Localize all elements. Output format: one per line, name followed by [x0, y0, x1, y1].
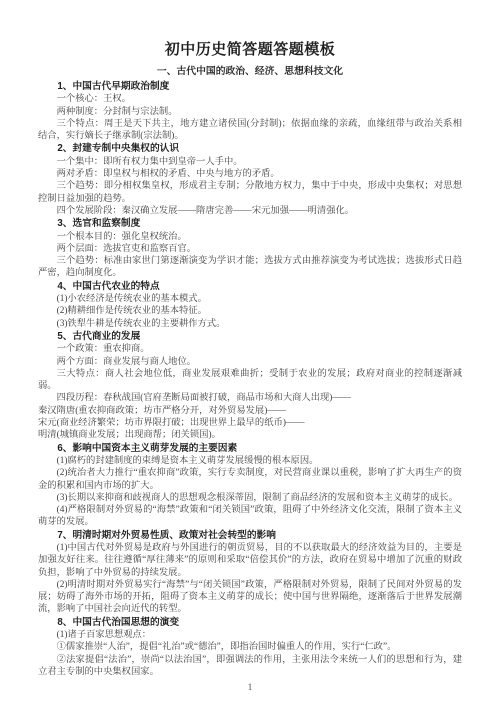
paragraph: 三大特点：商人社会地位低，商业发展艰难曲折；受制于农业的发展；政府对商业的控制逐… — [38, 368, 462, 393]
section-heading: 1、中国古代早期政治制度 — [38, 81, 462, 93]
page-title: 初中历史简答题答题模板 — [38, 40, 462, 60]
section-5: 5、古代商业的发展 一个政策：重农抑商。 两个方面：商业发展与商人地位。 三大特… — [38, 331, 462, 442]
paragraph: 四段历程：春秋战国(官府垄断局面被打破，商品市场和大商人出现)—— — [38, 392, 462, 404]
paragraph: 一个根本目的：强化皇权统治。 — [38, 231, 462, 243]
paragraph: (2)统治者大力推行“重农抑商”政策，实行专卖制度，对民营商业课以重税，影响了扩… — [38, 467, 462, 492]
section-2: 2、封建专制中央集权的认识 一个集中：即所有权力集中到皇帝一人手中。 两对矛盾：… — [38, 143, 462, 217]
paragraph: 三个趋势：标准由家世门第逐渐演变为学识才能；选拔方式由推荐演变为考试选拔；选拔形… — [38, 255, 462, 280]
paragraph: 一个核心：王权。 — [38, 93, 462, 105]
paragraph: 三个趋势：即分相权集皇权，形成君主专制；分散地方权力，集中于中央，形成中央集权；… — [38, 180, 462, 205]
paragraph: 两个层面：选拔官吏和监察百官。 — [38, 243, 462, 255]
paragraph: (1)诸子百家思想观点： — [38, 629, 462, 641]
section-3: 3、选官和监察制度 一个根本目的：强化皇权统治。 两个层面：选拔官吏和监察百官。… — [38, 218, 462, 279]
section-1: 1、中国古代早期政治制度 一个核心：王权。 两种制度：分封制与宗法制。 三个特点… — [38, 81, 462, 142]
section-heading: 2、封建专制中央集权的认识 — [38, 143, 462, 155]
paragraph: (1)腐朽的封建制度的束缚是资本主义萌芽发展缓慢的根本原因。 — [38, 455, 462, 467]
paragraph: 一个集中：即所有权力集中到皇帝一人手中。 — [38, 156, 462, 168]
section-heading: 3、选官和监察制度 — [38, 218, 462, 230]
document-content: 初中历史简答题答题模板 一、古代中国的政治、经济、思想科技文化 1、中国古代早期… — [0, 0, 500, 678]
paragraph: (3)铁犁牛耕是传统农业的主要耕作方式。 — [38, 318, 462, 330]
section-heading: 6、影响中国资本主义萌芽发展的主要因素 — [38, 443, 462, 455]
paragraph: 两种制度：分封制与宗法制。 — [38, 106, 462, 118]
document-page: 初中历史简答题答题模板 一、古代中国的政治、经济、思想科技文化 1、中国古代早期… — [0, 0, 500, 708]
paragraph: 三个特点：周王是天下共主，地方建立诸侯国(分封制)；依据血缘的亲疏，血缘纽带与政… — [38, 118, 462, 143]
paragraph: 宋元(商业经济繁荣；坊市界限打破；出现世界上最早的纸币)—— — [38, 417, 462, 429]
paragraph: 明清(城镇商业发展；出现商帮；闭关锁国)。 — [38, 429, 462, 441]
paragraph: ②法家提倡“法治”，崇尚“以法治国”，即强调法的作用，主张用法令来统一人们的思想… — [38, 654, 462, 679]
section-heading: 4、中国古代农业的特点 — [38, 281, 462, 293]
section-7: 7、明清时期对外贸易性质、政策对社会转型的影响 (1)中国古代对外贸易是政府与外… — [38, 530, 462, 616]
paragraph: 秦汉隋唐(重农抑商政策；坊市严格分开，对外贸易发展)—— — [38, 405, 462, 417]
paragraph: 一个政策：重农抑商。 — [38, 343, 462, 355]
paragraph: (2)精耕细作是传统农业的基本特征。 — [38, 305, 462, 317]
paragraph: (2)明清时期对外贸易实行“海禁”与“闭关锁国”政策，严格限制对外贸易，限制了民… — [38, 579, 462, 616]
paragraph: 两对矛盾：即皇权与相权的矛盾、中央与地方的矛盾。 — [38, 168, 462, 180]
page-number: 1 — [0, 683, 500, 693]
paragraph: (1)小农经济是传统农业的基本模式。 — [38, 293, 462, 305]
paragraph: 两个方面：商业发展与商人地位。 — [38, 356, 462, 368]
section-heading: 5、古代商业的发展 — [38, 331, 462, 343]
section-heading: 8、中国古代治国思想的演变 — [38, 617, 462, 629]
section-heading: 7、明清时期对外贸易性质、政策对社会转型的影响 — [38, 530, 462, 542]
paragraph: (1)中国古代对外贸易是政府与外国进行的朝贡贸易，目的不以获取最大的经济效益为目… — [38, 542, 462, 579]
paragraph: (3)长期以来抑商和歧视商人的思想观念根深蒂固，限制了商品经济的发展和资本主义萌… — [38, 492, 462, 504]
paragraph: ①儒家推崇“人治”，提倡“礼治”或“德治”，即指治国时偏重人的作用，实行“仁政”… — [38, 641, 462, 653]
paragraph: 四个发展阶段：秦汉确立发展——隋唐完善——宋元加强——明清强化。 — [38, 205, 462, 217]
section-8: 8、中国古代治国思想的演变 (1)诸子百家思想观点： ①儒家推崇“人治”，提倡“… — [38, 617, 462, 678]
section-4: 4、中国古代农业的特点 (1)小农经济是传统农业的基本模式。 (2)精耕细作是传… — [38, 281, 462, 330]
section-6: 6、影响中国资本主义萌芽发展的主要因素 (1)腐朽的封建制度的束缚是资本主义萌芽… — [38, 443, 462, 529]
page-subtitle: 一、古代中国的政治、经济、思想科技文化 — [38, 65, 462, 78]
paragraph: (4)严格限制对外贸易的“海禁”政策和“闭关锁国”政策，阻碍了中外经济文化交流，… — [38, 504, 462, 529]
